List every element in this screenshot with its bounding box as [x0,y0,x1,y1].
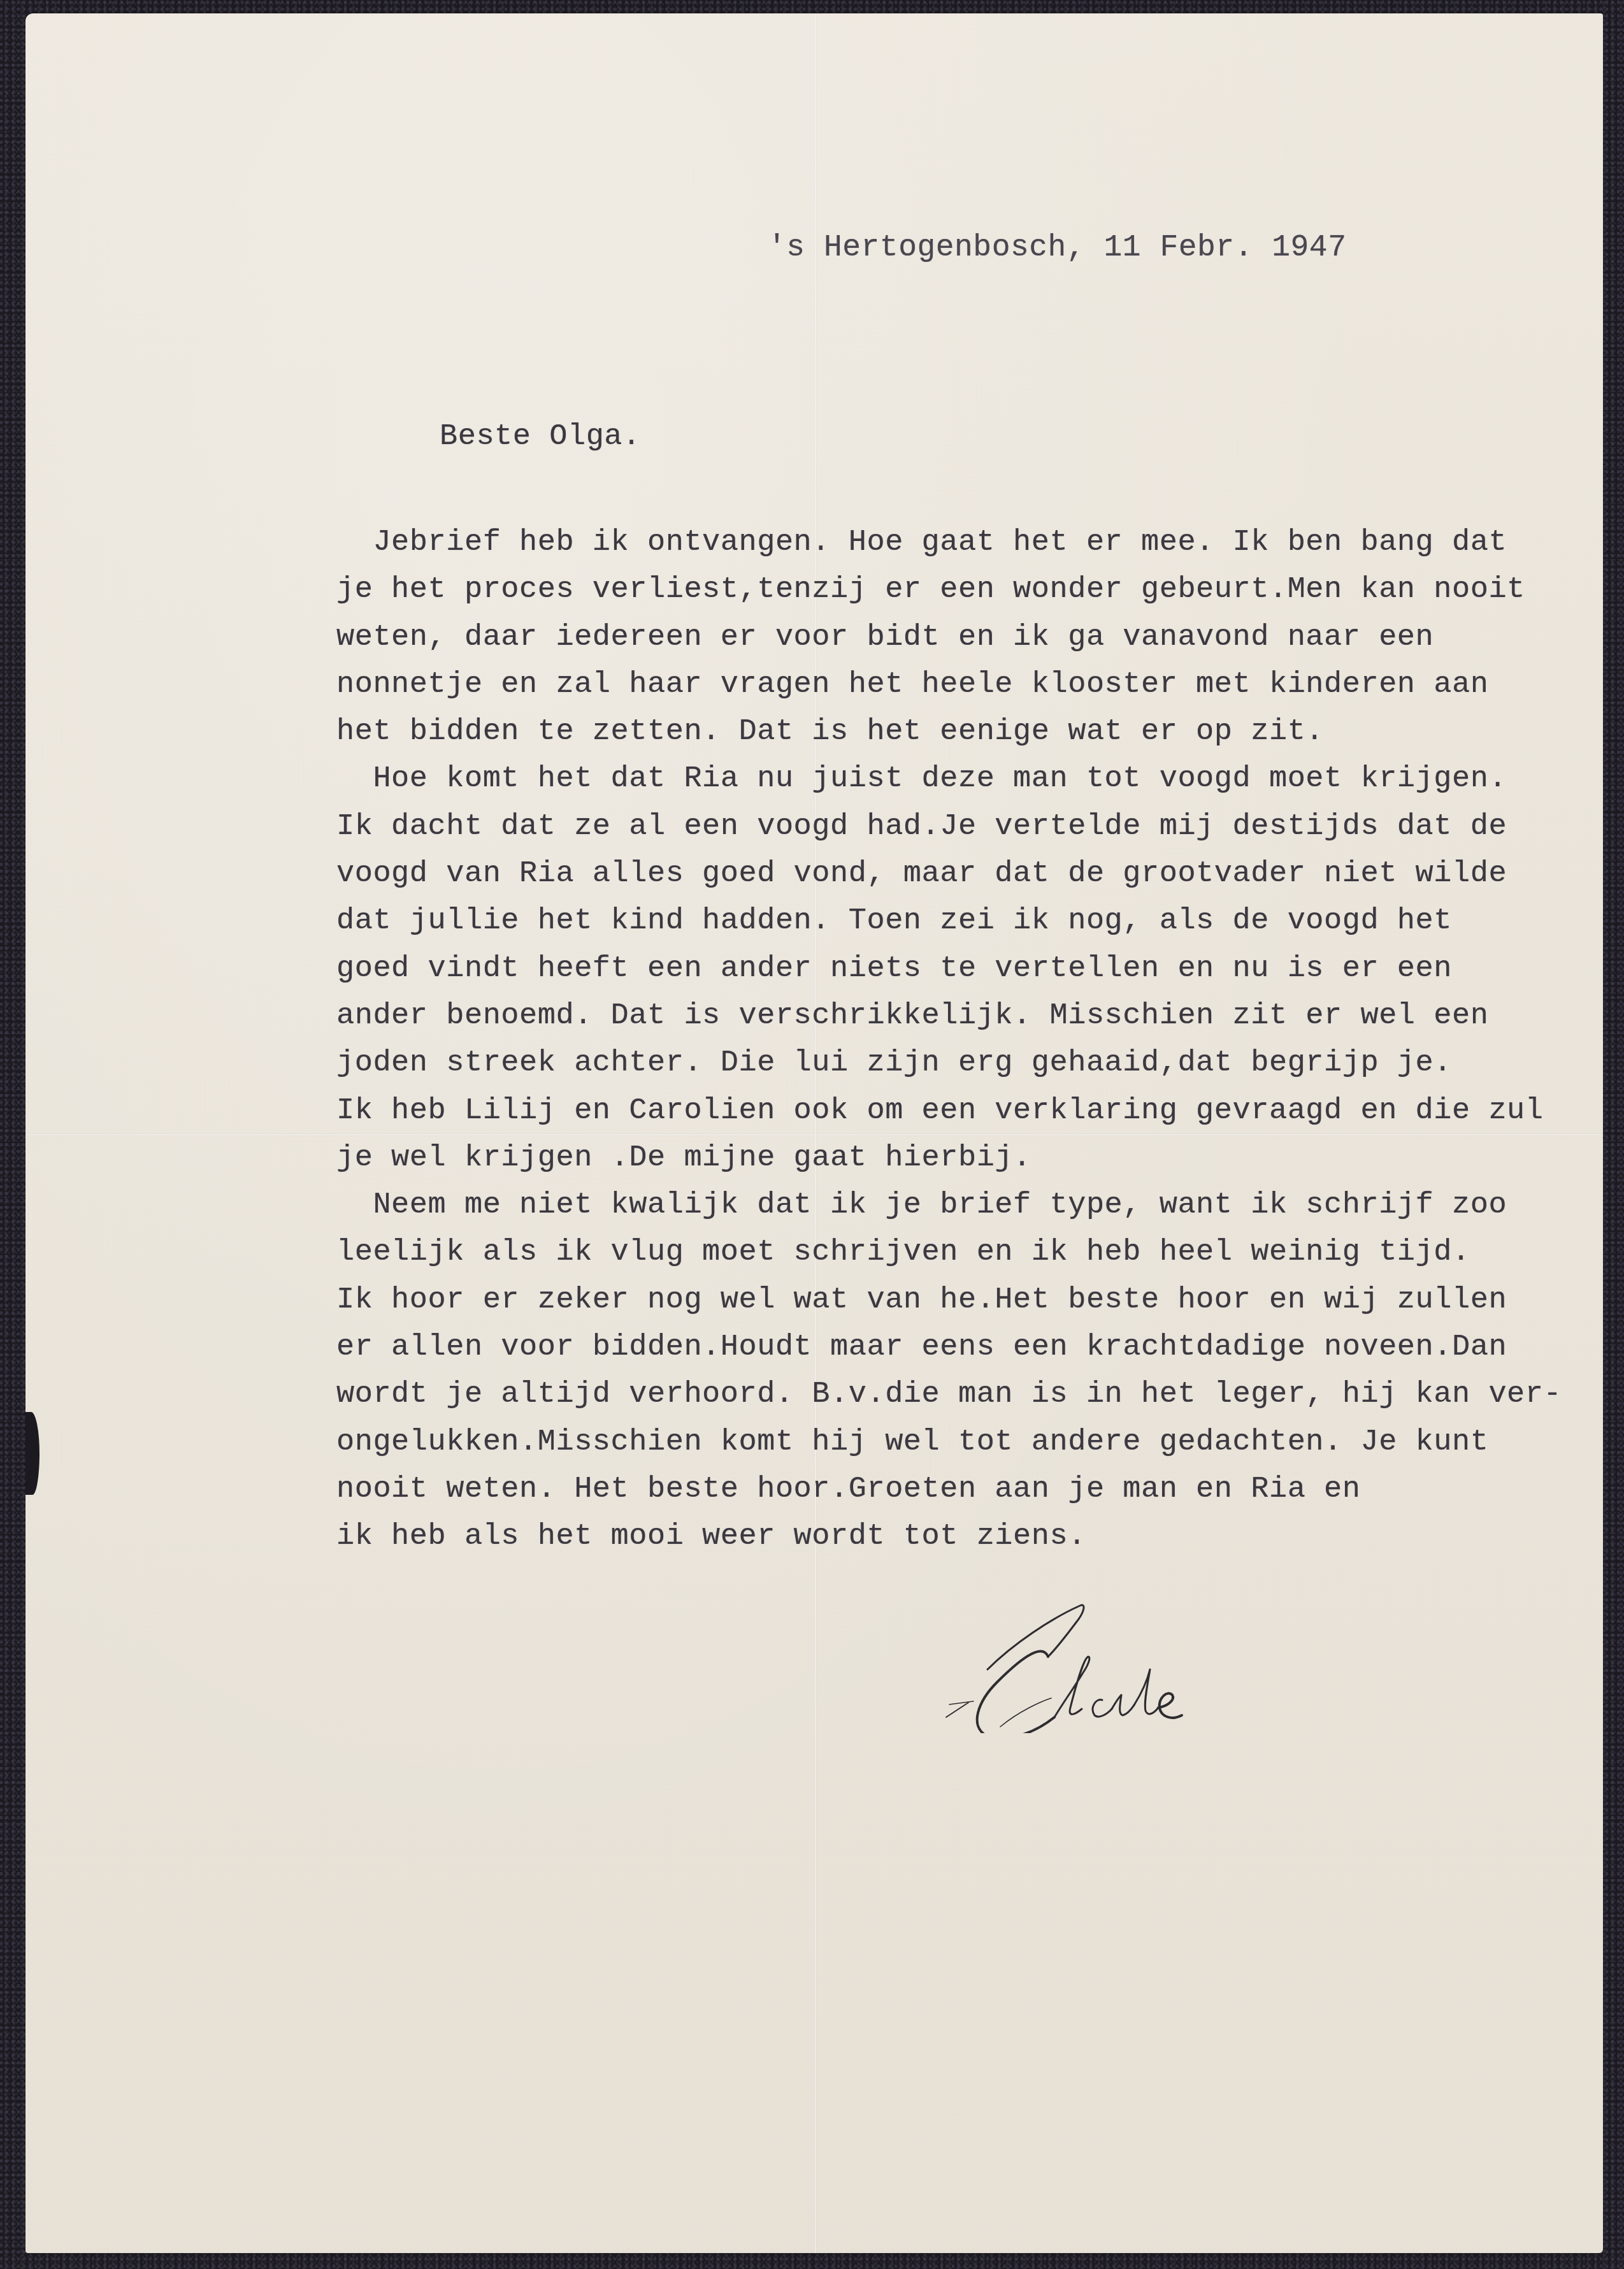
body-line: Jebrief heb ik ontvangen. Hoe gaat het e… [336,519,1562,566]
body-line: Ik dacht dat ze al een voogd had.Je vert… [336,803,1562,851]
body-line: nonnetje en zal haar vragen het heele kl… [336,661,1562,709]
body-line: ongelukken.Misschien komt hij wel tot an… [336,1419,1562,1466]
body-line: weten, daar iedereen er voor bidt en ik … [336,614,1562,661]
body-line: joden streek achter. Die lui zijn erg ge… [336,1040,1562,1087]
body-line: goed vindt heeft een ander niets te vert… [336,946,1562,993]
letter-dateline: 's Hertogenbosch, 11 Febr. 1947 [768,233,1346,263]
body-line: ik heb als het mooi weer wordt tot ziens… [336,1513,1562,1560]
body-line: Neem me niet kwalijk dat ik je brief typ… [336,1182,1562,1229]
signature-name: Cécile [1000,1631,1002,1632]
body-line: nooit weten. Het beste hoor.Groeten aan … [336,1466,1562,1513]
body-line: voogd van Ria alles goed vond, maar dat … [336,851,1562,898]
body-line: je wel krijgen .De mijne gaat hierbij. [336,1135,1562,1182]
body-line: ander benoemd. Dat is verschrikkelijk. M… [336,993,1562,1040]
body-line: leelijk als ik vlug moet schrijven en ik… [336,1229,1562,1276]
body-line: het bidden te zetten. Dat is het eenige … [336,709,1562,756]
torn-edge [25,1412,40,1495]
body-line: dat jullie het kind hadden. Toen zei ik … [336,898,1562,945]
letter-body: Jebrief heb ik ontvangen. Hoe gaat het e… [336,519,1562,1561]
body-line: wordt je altijd verhoord. B.v.die man is… [336,1371,1562,1418]
body-line: Hoe komt het dat Ria nu juist deze man t… [336,756,1562,803]
body-line: je het proces verliest,tenzij er een won… [336,566,1562,614]
handwritten-signature [917,1593,1300,1733]
letter-salutation: Beste Olga. [440,422,641,452]
body-line: Ik hoor er zeker nog wel wat van he.Het … [336,1277,1562,1324]
body-line: Ik heb Lilij en Carolien ook om een verk… [336,1088,1562,1135]
body-line: er allen voor bidden.Houdt maar eens een… [336,1324,1562,1371]
